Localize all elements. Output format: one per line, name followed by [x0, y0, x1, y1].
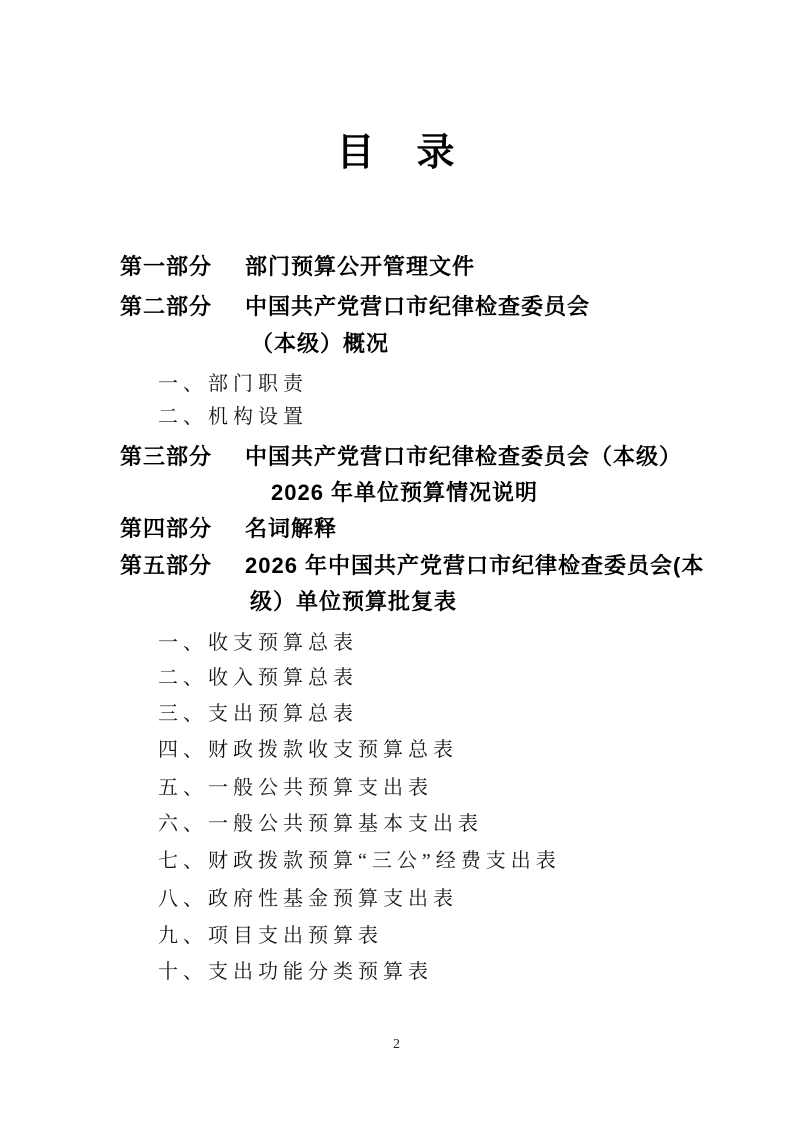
part-text: 中国共产党营口市纪律检查委员会（本级） — [245, 444, 682, 469]
toc-entry-continuation: （本级）概况 — [251, 331, 389, 356]
part-text: 部门预算公开管理文件 — [245, 254, 475, 279]
toc-entry-subitem: 六、一般公共预算基本支出表 — [158, 813, 483, 836]
toc-entry-subitem: 九、项目支出预算表 — [158, 925, 383, 948]
part-label: 第四部分 — [120, 516, 245, 541]
toc-entry-subitem: 二、机构设置 — [158, 406, 308, 429]
toc-entry-subitem: 三、支出预算总表 — [158, 703, 358, 726]
toc-entry-part-1: 第一部分部门预算公开管理文件 — [120, 254, 475, 279]
part-text: 2026 年中国共产党营口市纪律检查委员会(本 — [245, 553, 704, 578]
part-text: 名词解释 — [245, 516, 337, 541]
toc-entry-subitem: 一、部门职责 — [158, 373, 308, 396]
toc-entry-subitem: 十、支出功能分类预算表 — [158, 961, 433, 984]
toc-entry-subitem: 八、政府性基金预算支出表 — [158, 888, 458, 911]
part-text: 中国共产党营口市纪律检查委员会 — [245, 294, 590, 319]
toc-entry-part-4: 第四部分名词解释 — [120, 516, 337, 541]
part-label: 第三部分 — [120, 444, 245, 469]
document-page: 目 录 第一部分部门预算公开管理文件 第二部分中国共产党营口市纪律检查委员会 （… — [0, 0, 793, 1122]
toc-entry-subitem: 七、财政拨款预算“三公”经费支出表 — [158, 850, 561, 873]
toc-entry-subitem: 五、一般公共预算支出表 — [158, 777, 433, 800]
part-label: 第五部分 — [120, 553, 245, 578]
page-number: 2 — [0, 1037, 793, 1053]
toc-entry-subitem: 二、收入预算总表 — [158, 667, 358, 690]
toc-entry-continuation: 2026 年单位预算情况说明 — [271, 480, 538, 505]
toc-entry-subitem: 一、收支预算总表 — [158, 632, 358, 655]
part-label: 第二部分 — [120, 294, 245, 319]
page-title: 目 录 — [0, 132, 793, 174]
toc-entry-part-5: 第五部分2026 年中国共产党营口市纪律检查委员会(本 — [120, 553, 704, 578]
toc-entry-continuation: 级）单位预算批复表 — [250, 589, 457, 614]
toc-entry-subitem: 四、财政拨款收支预算总表 — [158, 739, 458, 762]
part-label: 第一部分 — [120, 254, 245, 279]
toc-entry-part-2: 第二部分中国共产党营口市纪律检查委员会 — [120, 294, 590, 319]
toc-entry-part-3: 第三部分中国共产党营口市纪律检查委员会（本级） — [120, 444, 682, 469]
